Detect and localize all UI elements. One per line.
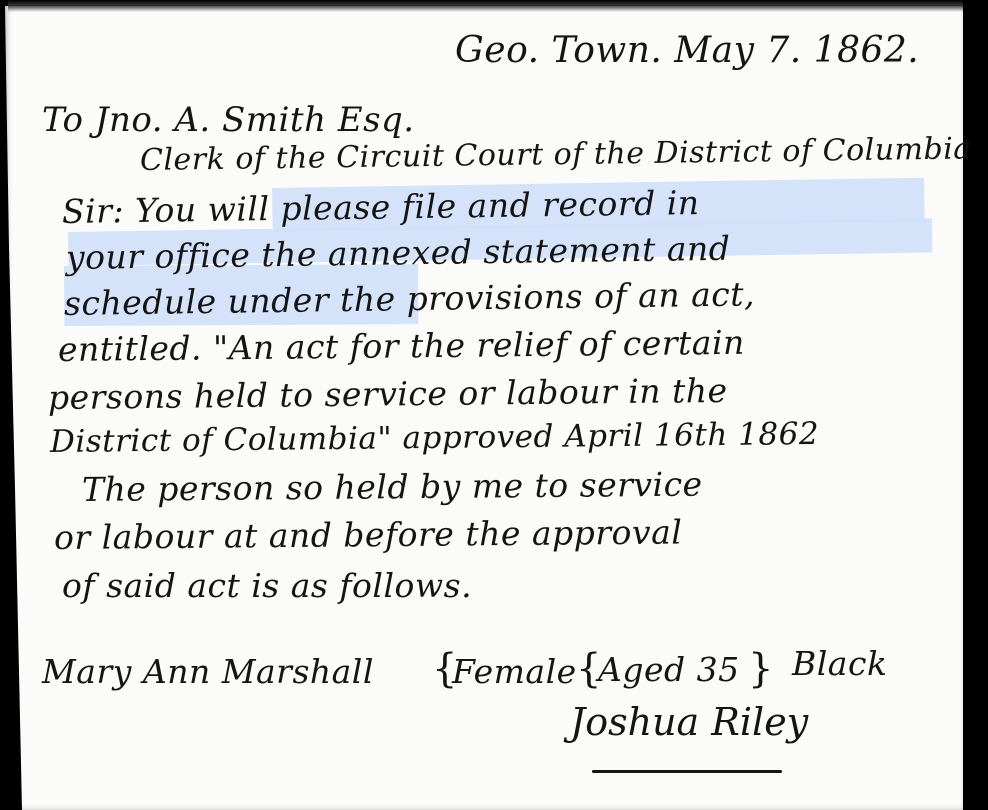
- body-line-5: persons held to service or labour in the: [48, 371, 728, 417]
- schedule-color: Black: [792, 644, 887, 683]
- body-line-9: of said act is as follows.: [62, 566, 472, 605]
- signature: Joshua Riley: [570, 700, 808, 744]
- schedule-age: Aged 35: [598, 650, 740, 689]
- body-line-4: entitled. "An act for the relief of cert…: [58, 323, 745, 369]
- addressee: To Jno. A. Smith Esq.: [42, 100, 415, 140]
- body-line-8: or labour at and before the approval: [54, 513, 683, 557]
- schedule-sex: Female: [452, 652, 577, 691]
- brace-divider: }: [748, 646, 774, 692]
- scan-edge-shadow: [8, 0, 963, 12]
- body-line-7: The person so held by me to service: [82, 465, 703, 509]
- schedule-name: Mary Ann Marshall: [42, 652, 374, 691]
- signature-underline: [592, 770, 782, 773]
- dateline: Geo. Town. May 7. 1862.: [455, 30, 919, 71]
- scanned-document: Geo. Town. May 7. 1862. To Jno. A. Smith…: [0, 0, 988, 810]
